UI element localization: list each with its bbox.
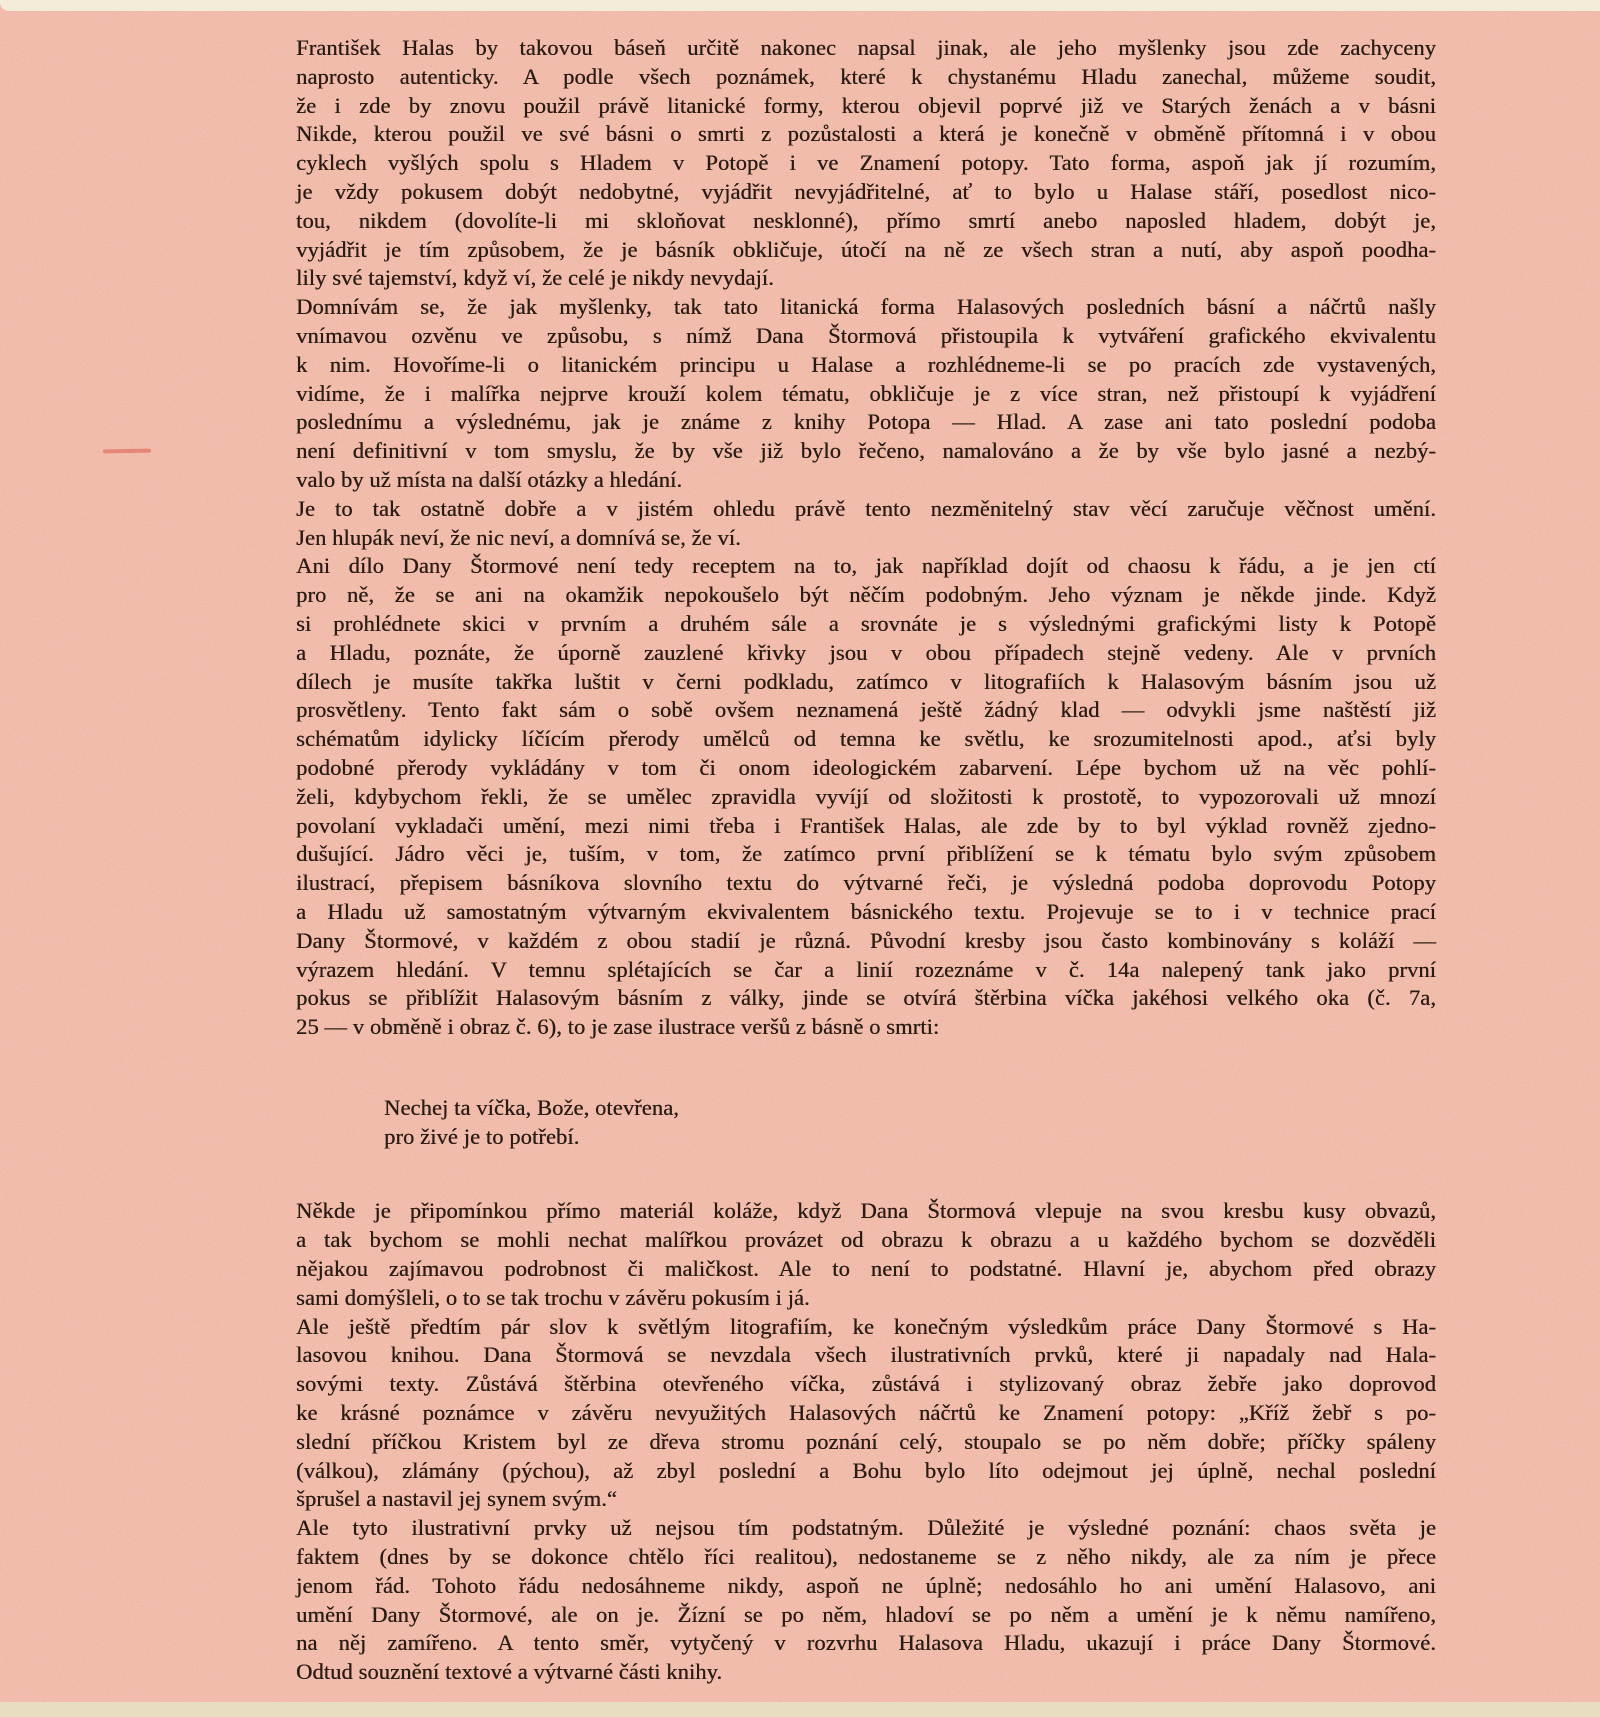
- text-line: nějakou zajímavou podrobnost či maličkos…: [296, 1255, 1436, 1284]
- paragraph-5: Někde je připomínkou přímo materiál kolá…: [296, 1197, 1436, 1312]
- scan-edge-bottom: [0, 1702, 1600, 1717]
- text-line: lily své tajemství, když ví, že celé je …: [296, 264, 1436, 293]
- text-line: želi, kdybychom řekli, že se umělec zpra…: [296, 783, 1436, 812]
- text-line: není definitivní v tom smyslu, že by vše…: [296, 437, 1436, 466]
- text-line: vyjádřit je tím způsobem, že je básník o…: [296, 236, 1436, 265]
- text-line: sami domýšleli, o to se tak trochu v záv…: [296, 1284, 1436, 1313]
- text-line: Odtud souznění textové a výtvarné části …: [296, 1658, 1436, 1687]
- text-line: 25 — v obměně i obraz č. 6), to je zase …: [296, 1013, 1436, 1042]
- text-line: Domnívám se, že jak myšlenky, tak tato l…: [296, 293, 1436, 322]
- text-line: je vždy pokusem dobýt nedobytné, vyjádři…: [296, 178, 1436, 207]
- text-line: Ale ještě předtím pár slov k světlým lit…: [296, 1313, 1436, 1342]
- text-line: slední příčkou Kristem byl ze dřeva stro…: [296, 1428, 1436, 1457]
- text-line: Ani dílo Dany Štormové není tedy recepte…: [296, 552, 1436, 581]
- text-line: schématům idylicky líčícím přerody umělc…: [296, 725, 1436, 754]
- text-line: výrazem hledání. V temnu splétajících se…: [296, 956, 1436, 985]
- text-line: vnímavou ozvěnu ve způsobu, s nímž Dana …: [296, 322, 1436, 351]
- text-line: podobné přerody vykládány v tom či onom …: [296, 754, 1436, 783]
- paragraph-3: Je to tak ostatně dobře a v jistém ohled…: [296, 495, 1436, 553]
- text-line: tou, nikdem (dovolíte-li mi skloňovat ne…: [296, 207, 1436, 236]
- text-line: lasovou knihou. Dana Štormová se nevzdal…: [296, 1341, 1436, 1370]
- text-column: František Halas by takovou báseň určitě …: [296, 34, 1436, 1687]
- text-line: (válkou), zlámány (pýchou), až zbyl posl…: [296, 1457, 1436, 1486]
- text-line: naprosto autenticky. A podle všech pozná…: [296, 63, 1436, 92]
- text-line: a Hladu už samostatným výtvarným ekvival…: [296, 898, 1436, 927]
- text-line: k nim. Hovoříme-li o litanickém principu…: [296, 351, 1436, 380]
- text-line: Je to tak ostatně dobře a v jistém ohled…: [296, 495, 1436, 524]
- text-line: prosvětleny. Tento fakt sám o sobě ovšem…: [296, 696, 1436, 725]
- text-line: Dany Štormové, v každém z obou stadií je…: [296, 927, 1436, 956]
- text-line: ke krásné poznámce v závěru nevyužitých …: [296, 1399, 1436, 1428]
- text-line: Nikde, kterou použil ve své básni o smrt…: [296, 120, 1436, 149]
- text-line: na něj zamířeno. A tento směr, vytyčený …: [296, 1629, 1436, 1658]
- text-line: pro ně, že se ani na okamžik nepokoušelo…: [296, 581, 1436, 610]
- scan-edge-top: [0, 0, 1600, 11]
- text-line: jenom řád. Tohoto řádu nedosáhneme nikdy…: [296, 1572, 1436, 1601]
- text-line: cyklech vyšlých spolu s Hladem v Potopě …: [296, 149, 1436, 178]
- text-line: valo by už místa na další otázky a hledá…: [296, 466, 1436, 495]
- paragraph-4: Ani dílo Dany Štormové není tedy recepte…: [296, 552, 1436, 1042]
- text-line: dílech je musíte takřka luštit v černi p…: [296, 668, 1436, 697]
- paragraph-7: Ale tyto ilustrativní prvky už nejsou tí…: [296, 1514, 1436, 1687]
- text-line: šprušel a nastavil jej synem svým.“: [296, 1485, 1436, 1514]
- red-ink-artifact: [103, 449, 151, 454]
- text-line: sovými texty. Zůstává štěrbina otevřenéh…: [296, 1370, 1436, 1399]
- text-line: a Hladu, poznáte, že úporně zauzlené kři…: [296, 639, 1436, 668]
- text-line: faktem (dnes by se dokonce chtělo říci r…: [296, 1543, 1436, 1572]
- text-line: povolaní vykladači umění, mezi nimi třeb…: [296, 812, 1436, 841]
- text-line: pokus se přiblížit Halasovým básním z vá…: [296, 984, 1436, 1013]
- text-line: poslednímu a výslednému, jak je známe z …: [296, 408, 1436, 437]
- text-line: ilustrací, přepisem básníkova slovního t…: [296, 869, 1436, 898]
- text-line: Ale tyto ilustrativní prvky už nejsou tí…: [296, 1514, 1436, 1543]
- text-line: Jen hlupák neví, že nic neví, a domnívá …: [296, 524, 1436, 553]
- text-line: vidíme, že i malířka nejprve krouží kole…: [296, 380, 1436, 409]
- text-line: a tak bychom se mohli nechat malířkou pr…: [296, 1226, 1436, 1255]
- paragraph-1: František Halas by takovou báseň určitě …: [296, 34, 1436, 293]
- paragraph-6: Ale ještě předtím pár slov k světlým lit…: [296, 1313, 1436, 1515]
- verse-line: pro živé je to potřebí.: [384, 1123, 1436, 1152]
- verse-line: Nechej ta víčka, Bože, otevřena,: [384, 1094, 1436, 1123]
- text-line: Někde je připomínkou přímo materiál kolá…: [296, 1197, 1436, 1226]
- text-line: že i zde by znovu použil právě litanické…: [296, 92, 1436, 121]
- text-line: dušující. Jádro věci je, tuším, v tom, ž…: [296, 840, 1436, 869]
- text-line: umění Dany Štormové, ale on je. Žízní se…: [296, 1601, 1436, 1630]
- paragraph-2: Domnívám se, že jak myšlenky, tak tato l…: [296, 293, 1436, 495]
- text-line: František Halas by takovou báseň určitě …: [296, 34, 1436, 63]
- text-line: si prohlédnete skici v prvním a druhém s…: [296, 610, 1436, 639]
- verse-quote: Nechej ta víčka, Bože, otevřena,pro živé…: [384, 1094, 1436, 1152]
- scanned-page: František Halas by takovou báseň určitě …: [0, 0, 1600, 1717]
